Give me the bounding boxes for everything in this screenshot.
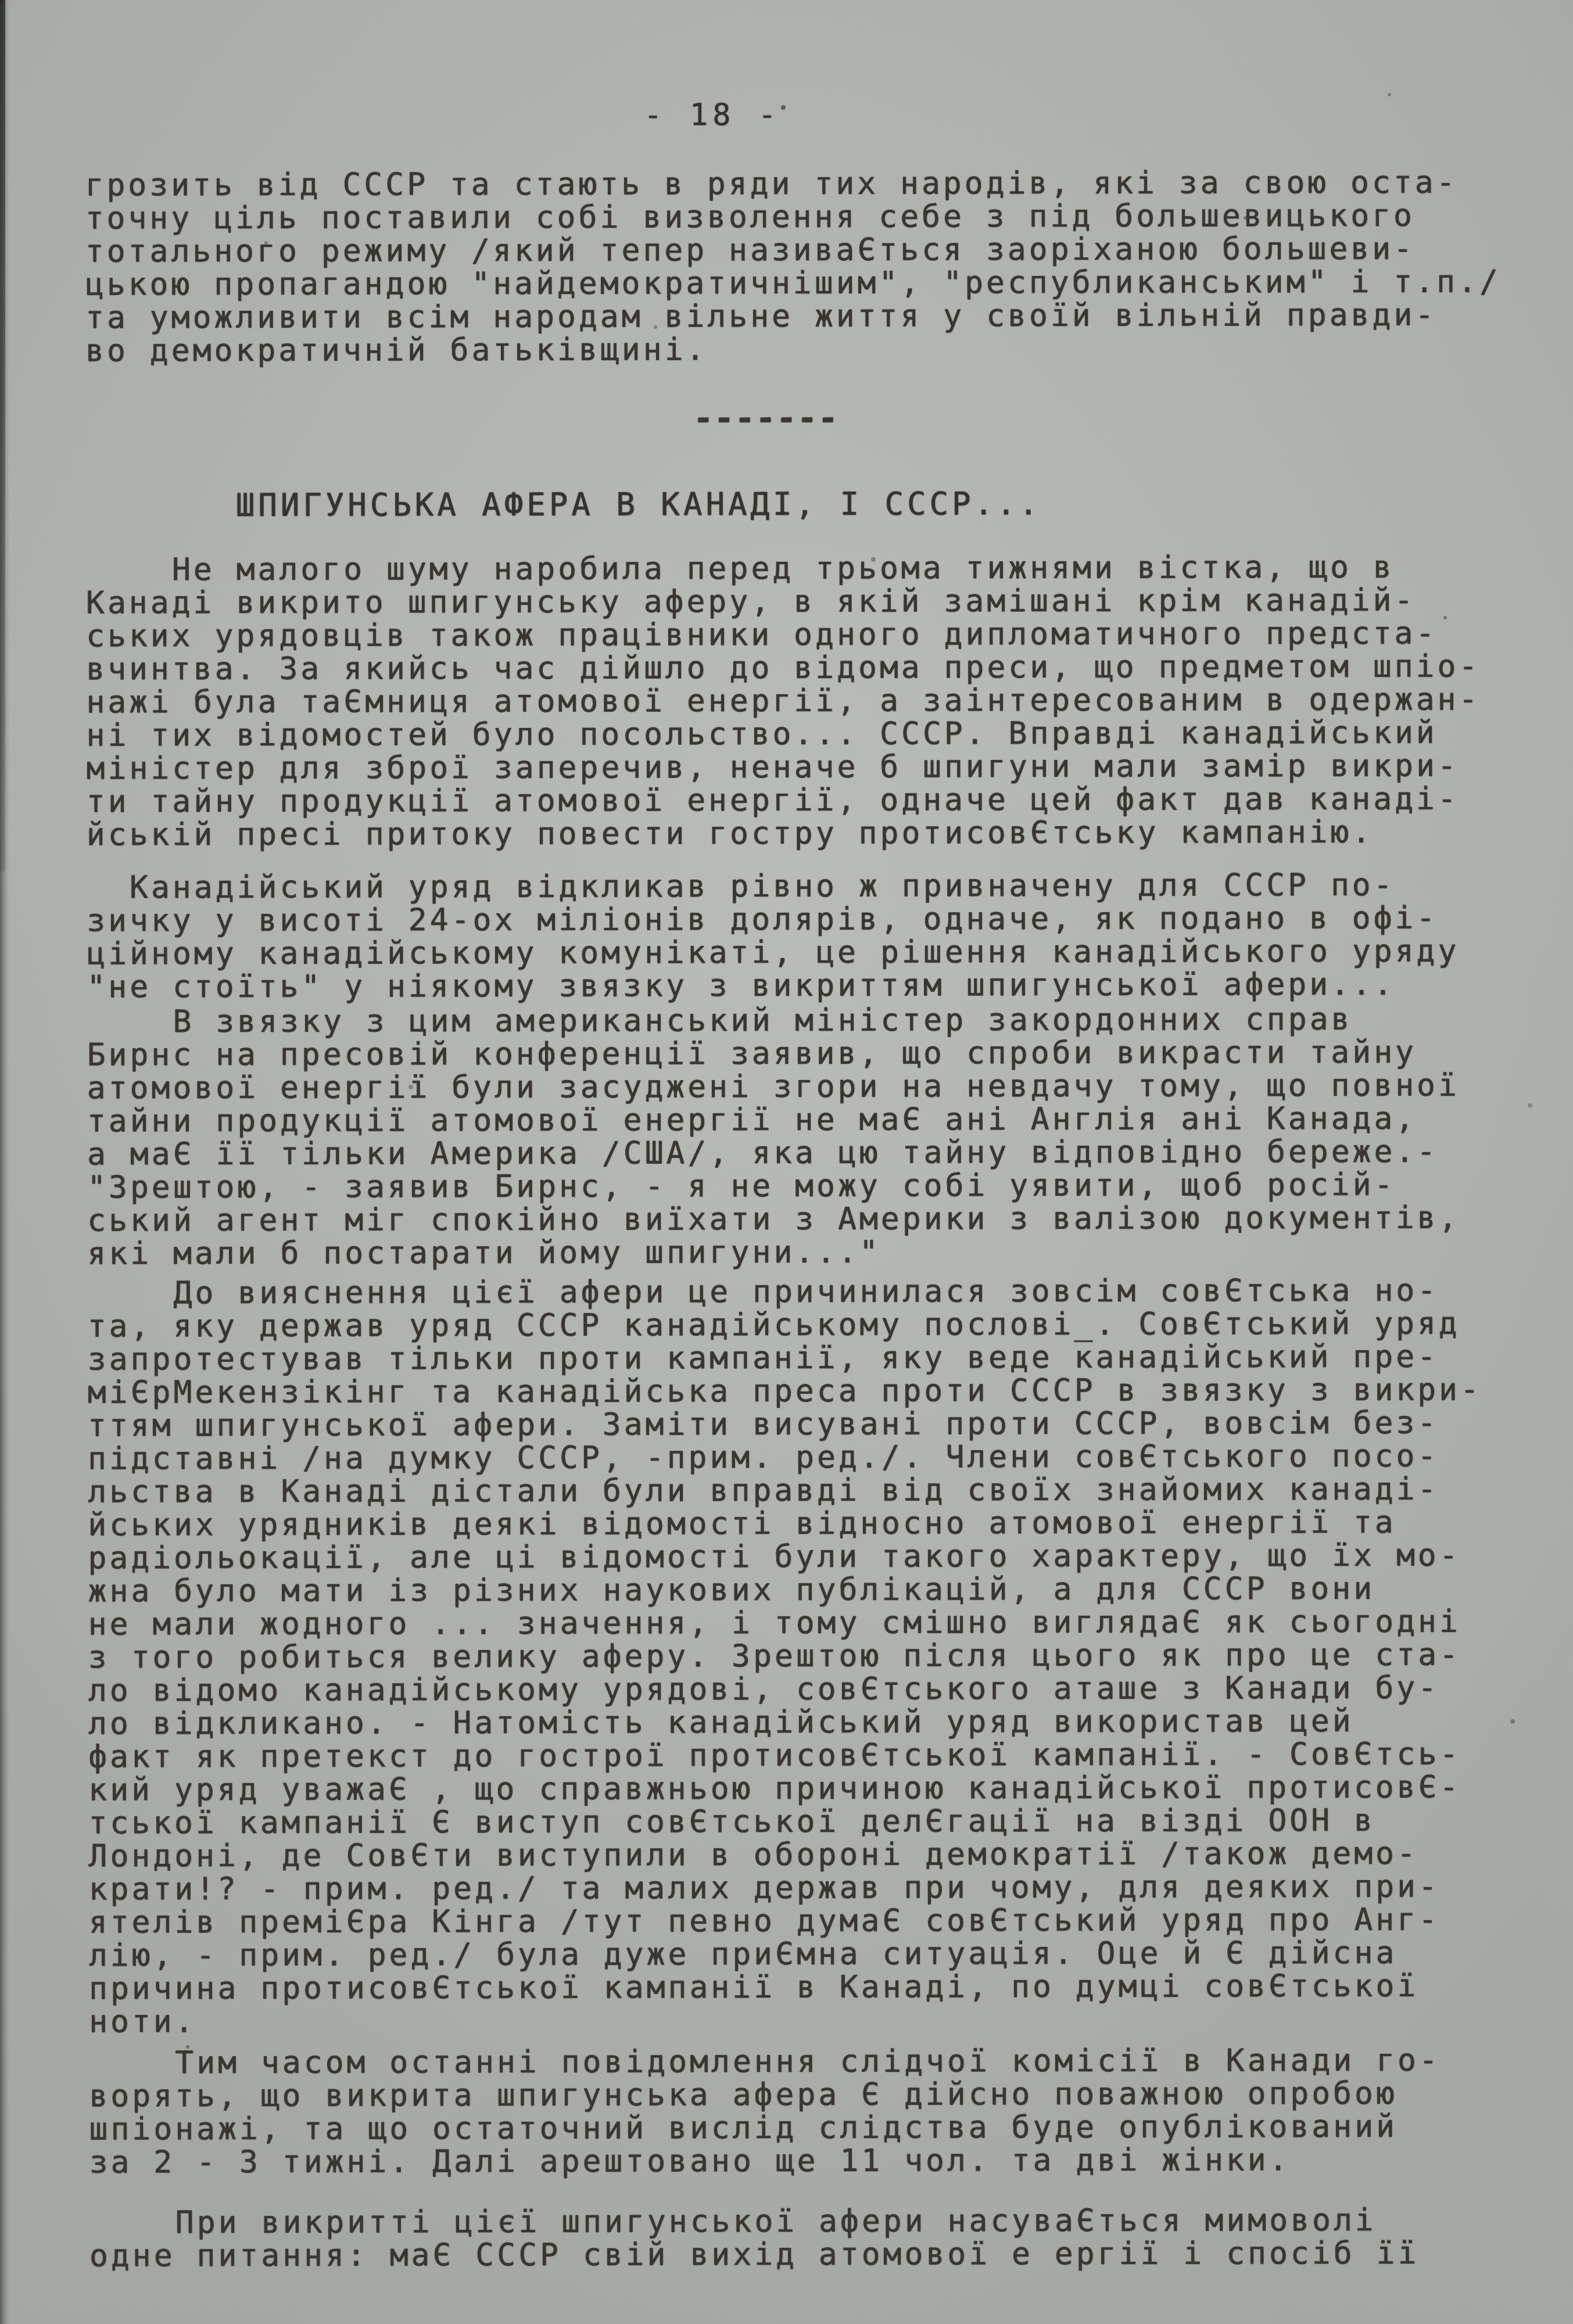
paragraph-affair-discovery: Не малого шуму наробила перед трьома тиж…: [86, 550, 1528, 851]
text-line: Канадійський уряд відкликав рівно ж прив…: [87, 868, 1528, 904]
text-line: "не стоїть" у ніякому звязку з викриттям…: [87, 967, 1528, 1003]
article-title: ШПИГУНСЬКА АФЕРА В КАНАДІ, І СССР...: [236, 485, 1042, 523]
text-line: Не малого шуму наробила перед трьома тиж…: [86, 550, 1527, 586]
text-line: До вияснення цієї афери це причинилася з…: [87, 1274, 1528, 1310]
paragraph-byrnes-statement: В звязку з цим американський міністер за…: [87, 1002, 1528, 1270]
text-line: ційному канадійському комунікаті, це ріш…: [87, 934, 1528, 970]
text-line: міністер для зброї заперечив, неначе б ш…: [87, 749, 1528, 785]
text-line: Канаді викрито шпигунську аферу, в якій …: [86, 583, 1527, 619]
text-line: При викритті цієї шпигунської афери насу…: [89, 2203, 1531, 2239]
page-number: - 18 -: [644, 98, 781, 132]
text-line: крати!? - прим. ред./ та малих держав пр…: [89, 1870, 1530, 1906]
paragraph-soviet-note: До вияснення цієї афери це причинилася з…: [87, 1274, 1530, 2038]
document-page: - 18 - грозить від СССР та стають в ряди…: [0, 0, 1573, 2324]
text-line: запротестував тільки проти кампанії, яку…: [88, 1340, 1529, 1376]
text-line: Тим часом останні повідомлення слідчої к…: [89, 2043, 1530, 2079]
text-line: ноти.: [89, 2002, 1530, 2038]
text-line: жна було мати із різних наукових публіка…: [88, 1572, 1529, 1608]
text-line: ло відкликано. - Натомість канадійський …: [88, 1704, 1529, 1740]
text-line: ворять, що викрита шпигунська афера Є ді…: [89, 2076, 1530, 2113]
typewritten-text-layer: - 18 - грозить від СССР та стають в ряди…: [0, 0, 1573, 2324]
text-line: йських урядників деякі відомості відносн…: [88, 1505, 1529, 1541]
text-line: не мали жодного ... значення, і тому смі…: [88, 1605, 1529, 1641]
text-line: цькою пропагандою "найдемократичнішим", …: [85, 265, 1527, 301]
text-line: В звязку з цим американський міністер за…: [87, 1002, 1528, 1038]
paragraph-closing-question: При викритті цієї шпигунської афери насу…: [89, 2203, 1531, 2272]
text-line: нажі була таЄмниця атомової енергії, а з…: [86, 683, 1527, 719]
text-line: Бирнс на пресовій конференції заявив, що…: [87, 1035, 1528, 1071]
text-line: тайни продукції атомової енергії не маЄ …: [87, 1102, 1528, 1138]
text-line: ти тайну продукції атомової енергії, одн…: [87, 782, 1528, 818]
text-line: "Зрештою, - заявив Бирнс, - я не можу со…: [87, 1168, 1528, 1204]
paragraph-commission-report: Тим часом останні повідомлення слідчої к…: [89, 2043, 1530, 2179]
text-line: ський агент міг спокійно виїхати з Амери…: [87, 1201, 1528, 1237]
text-line: міЄрМекензікінг та канадійська преса про…: [88, 1373, 1529, 1409]
text-line: які мали б постарати йому шпигуни...": [87, 1234, 1528, 1270]
text-line: ло відомо канадійському урядові, совЄтсь…: [88, 1671, 1529, 1707]
text-line: з того робиться велику аферу. Зрештою пі…: [88, 1638, 1529, 1674]
paragraph-loan-recall: Канадійський уряд відкликав рівно ж прив…: [87, 868, 1528, 1003]
text-line: грозить від СССР та стають в ряди тих на…: [85, 166, 1526, 202]
section-separator: -------: [693, 400, 839, 438]
text-line: во демократичній батьківщині.: [85, 331, 1527, 367]
text-line: факт як претекст до гострої протисовЄтсь…: [88, 1737, 1529, 1773]
text-line: ні тих відомостей було посольство... ССС…: [86, 716, 1527, 752]
text-line: за 2 - 3 тижні. Далі арештовано ще 11 чо…: [89, 2143, 1531, 2179]
text-line: ятелів преміЄра Кінга /тут певно думаЄ с…: [89, 1903, 1530, 1939]
text-line: одне питання: маЄ СССР свій вихід атомов…: [89, 2236, 1531, 2272]
text-line: льства в Канаді дістали були вправді від…: [88, 1472, 1529, 1508]
text-line: підставні /на думку СССР, -прим. ред./. …: [88, 1439, 1529, 1475]
text-line: та уможливити всім народам вільне життя …: [85, 298, 1527, 334]
text-line: та, яку держав уряд СССР канадійському п…: [88, 1307, 1529, 1343]
text-line: йській пресі притоку повести гостру прот…: [87, 815, 1528, 851]
text-line: шпіонажі, та що остаточний вислід слідст…: [89, 2110, 1530, 2146]
text-line: причина протисовЄтської кампанії в Канад…: [89, 1969, 1530, 2005]
text-line: а маЄ її тільки Америка /США/, яка цю та…: [87, 1135, 1528, 1171]
paragraph-intro-continuation: грозить від СССР та стають в ряди тих на…: [85, 166, 1527, 367]
text-line: радіольокації, але ці відомості були так…: [88, 1538, 1529, 1575]
text-line: Лондоні, де СовЄти виступили в обороні д…: [88, 1837, 1529, 1873]
text-line: лію, - прим. ред./ була дуже приЄмна сит…: [89, 1936, 1530, 1972]
text-line: зичку у висоті 24-ох міліонів долярів, о…: [87, 901, 1528, 937]
text-line: точну ціль поставили собі визволення себ…: [85, 199, 1527, 235]
text-line: тотального режиму /який тепер називаЄтьс…: [85, 232, 1527, 268]
text-line: ських урядовців також працівники одного …: [86, 616, 1527, 652]
text-line: тської кампанії Є виступ совЄтської делЄ…: [88, 1803, 1529, 1839]
text-line: кий уряд уважаЄ , що справжньою причиною…: [88, 1770, 1529, 1806]
text-line: ттям шпигунської афери. Заміти висувані …: [88, 1406, 1529, 1442]
text-line: атомової енергії були засуджені згори на…: [87, 1068, 1528, 1104]
text-line: вчинтва. За якийсь час дійшло до відома …: [86, 650, 1527, 686]
